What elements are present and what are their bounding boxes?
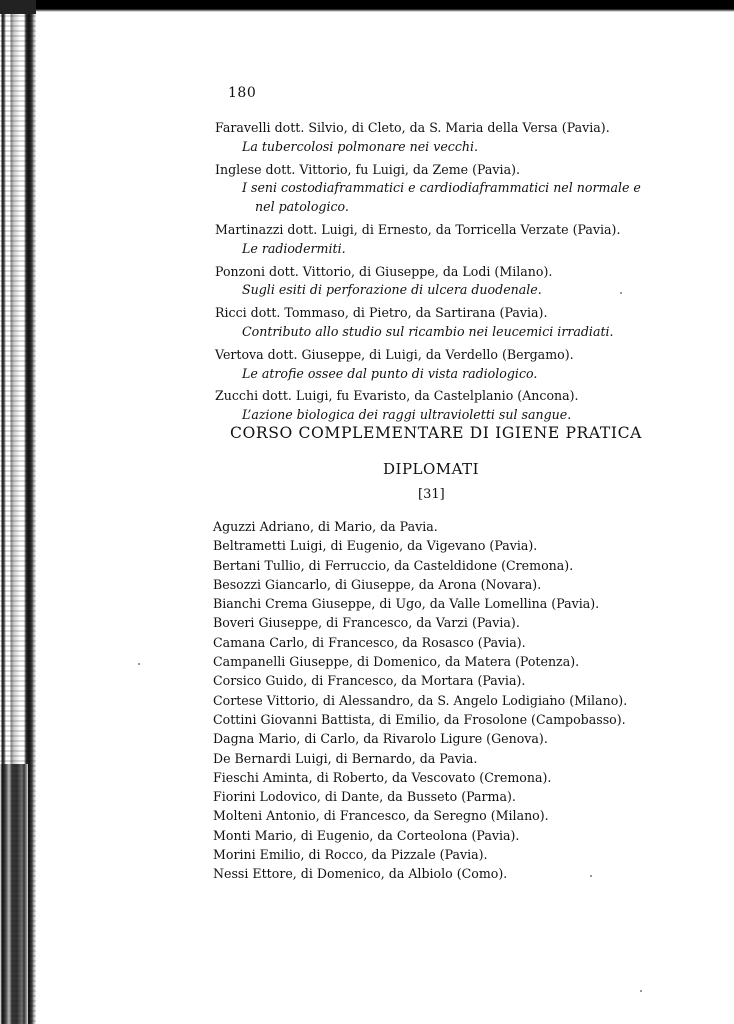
page-number: 180: [228, 85, 256, 101]
graduate-row: Molteni Antonio, di Francesco, da Seregn…: [213, 806, 673, 825]
thesis-title: Sugli esiti di perforazione di ulcera du…: [215, 281, 655, 300]
graduate-row: Cottini Giovanni Battista, di Emilio, da…: [213, 710, 673, 729]
graduate-row: Fiorini Lodovico, di Dante, da Busseto (…: [213, 787, 673, 806]
author-line: Vertova dott. Giuseppe, di Luigi, da Ver…: [215, 346, 655, 365]
author-line: Martinazzi dott. Luigi, di Ernesto, da T…: [215, 221, 655, 240]
graduate-row: Fieschi Aminta, di Roberto, da Vescovato…: [213, 768, 673, 787]
graduate-list: Aguzzi Adriano, di Mario, da Pavia. Belt…: [213, 517, 673, 884]
thesis-title: La tubercolosi polmonare nei vecchi.: [215, 138, 655, 157]
thesis-title: L’azione biologica dei raggi ultraviolet…: [215, 406, 655, 425]
graduate-row: Beltrametti Luigi, di Eugenio, da Vigeva…: [213, 536, 673, 555]
scan-speck: [590, 875, 592, 877]
thesis-list: Faravelli dott. Silvio, di Cleto, da S. …: [215, 119, 655, 429]
graduate-row: Monti Mario, di Eugenio, da Corteolona (…: [213, 826, 673, 845]
scan-speck: [138, 663, 140, 665]
graduate-count: [31]: [418, 487, 445, 502]
graduate-row: Camana Carlo, di Francesco, da Rosasco (…: [213, 633, 673, 652]
graduate-row: Besozzi Giancarlo, di Giuseppe, da Arona…: [213, 575, 673, 594]
author-line: Ricci dott. Tommaso, di Pietro, da Sarti…: [215, 304, 655, 323]
thesis-entry: Zucchi dott. Luigi, fu Evaristo, da Cast…: [215, 387, 655, 425]
book-binding-shadow: [0, 764, 28, 1024]
graduate-row: Morini Emilio, di Rocco, da Pizzale (Pav…: [213, 845, 673, 864]
scan-speck: [640, 990, 642, 992]
scan-corner: [0, 0, 36, 14]
author-line: Ponzoni dott. Vittorio, di Giuseppe, da …: [215, 263, 655, 282]
author-line: Faravelli dott. Silvio, di Cleto, da S. …: [215, 119, 655, 138]
graduate-row: Bertani Tullio, di Ferruccio, da Casteld…: [213, 556, 673, 575]
scan-speck: [470, 182, 472, 184]
thesis-entry: Martinazzi dott. Luigi, di Ernesto, da T…: [215, 221, 655, 259]
graduate-row: Corsico Guido, di Francesco, da Mortara …: [213, 671, 673, 690]
thesis-entry: Faravelli dott. Silvio, di Cleto, da S. …: [215, 119, 655, 157]
section-heading: CORSO COMPLEMENTARE DI IGIENE PRATICA: [230, 424, 640, 442]
thesis-entry: Ponzoni dott. Vittorio, di Giuseppe, da …: [215, 263, 655, 301]
thesis-title: Contributo allo studio sul ricambio nei …: [215, 323, 655, 342]
graduate-row: Bianchi Crema Giuseppe, di Ugo, da Valle…: [213, 594, 673, 613]
graduate-row: De Bernardi Luigi, di Bernardo, da Pavia…: [213, 749, 673, 768]
thesis-title: I seni costodiaframmatici e cardiodiafra…: [215, 179, 655, 217]
section-subheading: DIPLOMATI: [383, 460, 479, 478]
graduate-row: Campanelli Giuseppe, di Domenico, da Mat…: [213, 652, 673, 671]
graduate-row: Aguzzi Adriano, di Mario, da Pavia.: [213, 517, 673, 536]
scan-top-edge: [30, 0, 734, 12]
thesis-title: Le atrofie ossee dal punto di vista radi…: [215, 365, 655, 384]
graduate-row: Nessi Ettore, di Domenico, da Albiolo (C…: [213, 864, 673, 883]
author-line: Zucchi dott. Luigi, fu Evaristo, da Cast…: [215, 387, 655, 406]
thesis-entry: Ricci dott. Tommaso, di Pietro, da Sarti…: [215, 304, 655, 342]
thesis-entry: Inglese dott. Vittorio, fu Luigi, da Zem…: [215, 161, 655, 217]
graduate-row: Dagna Mario, di Carlo, da Rivarolo Ligur…: [213, 729, 673, 748]
graduate-row: Cortese Vittorio, di Alessandro, da S. A…: [213, 691, 673, 710]
scan-speck: [620, 292, 622, 294]
thesis-title: Le radiodermiti.: [215, 240, 655, 259]
scan-speck: [550, 695, 552, 697]
author-line: Inglese dott. Vittorio, fu Luigi, da Zem…: [215, 161, 655, 180]
graduate-row: Boveri Giuseppe, di Francesco, da Varzi …: [213, 613, 673, 632]
thesis-entry: Vertova dott. Giuseppe, di Luigi, da Ver…: [215, 346, 655, 384]
